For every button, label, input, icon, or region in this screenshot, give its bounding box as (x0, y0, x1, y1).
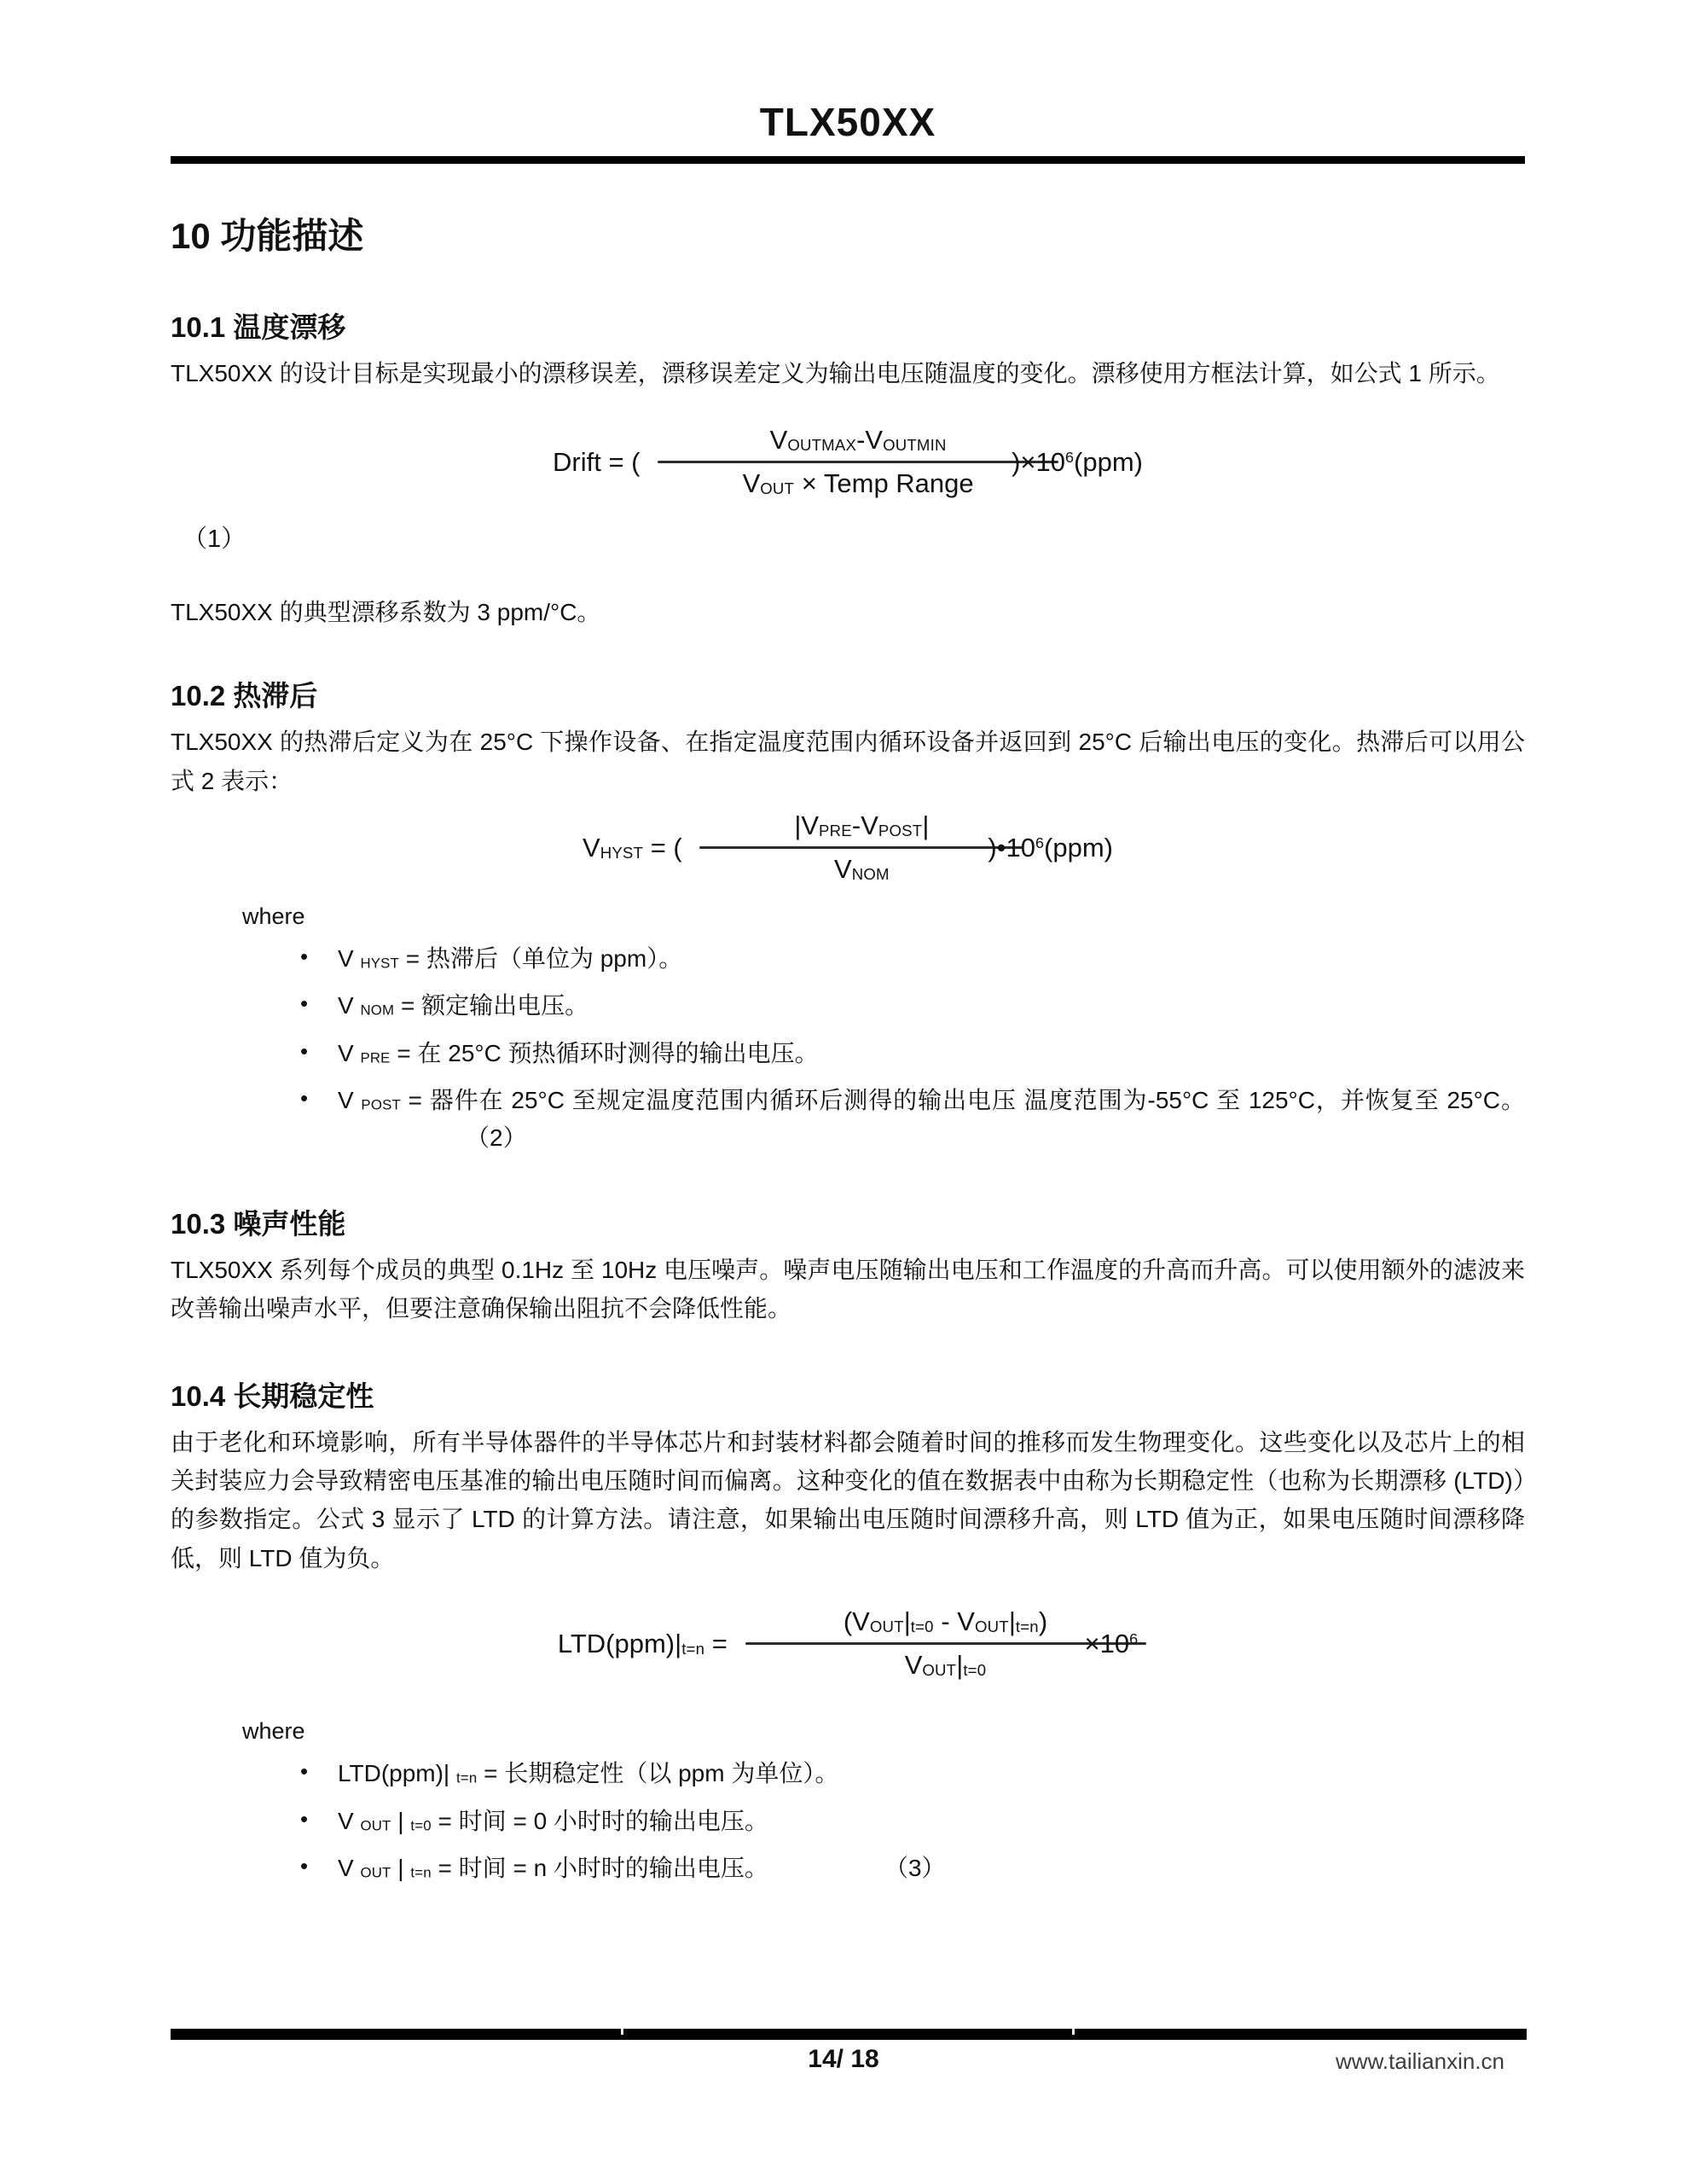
formula-ltd-denominator: VOUT|t=0 (898, 1650, 994, 1681)
formula-drift-numerator: VOUTMAX-VOUTMIN (763, 425, 954, 456)
formula-hysteresis-denominator: VNOM (827, 854, 896, 885)
datasheet-page: TLX50XX 10 功能描述 10.1 温度漂移 TLX50XX 的设计目标是… (0, 0, 1687, 2184)
drift-coefficient-note: TLX50XX 的典型漂移系数为 3 ppm/°C。 (171, 594, 1525, 628)
footer-rule-seam (1072, 2029, 1075, 2035)
list-item: V OUT | t=0 = 时间 = 0 小时时的输出电压。 (299, 1803, 1525, 1839)
ltd-definitions-list: LTD(ppm)| t=n = 长期稳定性（以 ppm 为单位）。 V OUT … (171, 1755, 1525, 1886)
where-label-ltd: where (242, 1718, 1525, 1745)
section-10-3-paragraph: TLX50XX 系列每个成员的典型 0.1Hz 至 10Hz 电压噪声。噪声电压… (171, 1251, 1525, 1328)
section-10-2-heading: 10.2 热滞后 (171, 674, 1525, 714)
formula-ltd-rhs: ×106 (1085, 1629, 1139, 1659)
formula-drift-rhs: )×106(ppm) (1012, 447, 1143, 478)
hysteresis-definitions-list: V HYST = 热滞后（单位为 ppm）。 V NOM = 额定输出电压。 V… (171, 940, 1525, 1156)
formula-hysteresis: VHYST = ( |VPRE-VPOST| VNOM )•106(ppm) (171, 810, 1525, 885)
list-item: LTD(ppm)| t=n = 长期稳定性（以 ppm 为单位）。 (299, 1755, 1525, 1792)
fraction-bar (699, 846, 1023, 849)
section-10-heading: 10 功能描述 (171, 208, 1525, 259)
formula-drift-fraction: VOUTMAX-VOUTMIN VOUT × Temp Range (658, 425, 1058, 499)
formula-drift: Drift = ( VOUTMAX-VOUTMIN VOUT × Temp Ra… (171, 425, 1525, 499)
list-item: V PRE = 在 25°C 预热循环时测得的输出电压。 (299, 1035, 1525, 1072)
formula-ltd-numerator: (VOUT|t=0 - VOUT|t=n) (837, 1606, 1054, 1637)
list-item: V HYST = 热滞后（单位为 ppm）。 (299, 940, 1525, 977)
header-rule (171, 156, 1525, 164)
section-10-4-heading: 10.4 长期稳定性 (171, 1374, 1525, 1414)
section-10-4-paragraph: 由于老化和环境影响，所有半导体器件的半导体芯片和封装材料都会随着时间的推移而发生… (171, 1423, 1525, 1577)
formula-ltd-lhs: LTD(ppm)|t=n = (558, 1629, 735, 1659)
formula-hysteresis-lhs: VHYST = ( (583, 833, 689, 863)
where-label-hysteresis: where (242, 903, 1525, 930)
formula-drift-lhs: Drift = ( (553, 447, 647, 478)
list-item: V POST = 器件在 25°C 至规定温度范围内循环后测得的输出电压 温度范… (299, 1082, 1525, 1156)
formula-ltd: LTD(ppm)|t=n = (VOUT|t=0 - VOUT|t=n) VOU… (171, 1606, 1525, 1681)
section-10-3-heading: 10.3 噪声性能 (171, 1202, 1525, 1242)
list-item: V OUT | t=n = 时间 = n 小时时的输出电压。（3） (299, 1850, 1525, 1886)
footer-rule-seam (621, 2029, 623, 2035)
footer-rule (171, 2029, 1527, 2040)
section-10-2-paragraph: TLX50XX 的热滞后定义为在 25°C 下操作设备、在指定温度范围内循环设备… (171, 723, 1525, 800)
formula-hysteresis-fraction: |VPRE-VPOST| VNOM (699, 810, 1023, 885)
formula-hysteresis-numerator: |VPRE-VPOST| (787, 810, 936, 841)
formula-hysteresis-rhs: )•106(ppm) (988, 833, 1113, 863)
fraction-bar (658, 461, 1058, 463)
section-10-1-heading: 10.1 温度漂移 (171, 305, 1525, 346)
list-item: V NOM = 额定输出电压。 (299, 987, 1525, 1024)
website-link[interactable]: www.tailianxin.cn (1336, 2048, 1504, 2075)
formula-drift-denominator: VOUT × Temp Range (736, 468, 981, 499)
section-10-1-paragraph: TLX50XX 的设计目标是实现最小的漂移误差，漂移误差定义为输出电压随温度的变… (171, 354, 1525, 392)
equation-1-label: （1） (183, 520, 1525, 555)
doc-title: TLX50XX (171, 0, 1525, 145)
